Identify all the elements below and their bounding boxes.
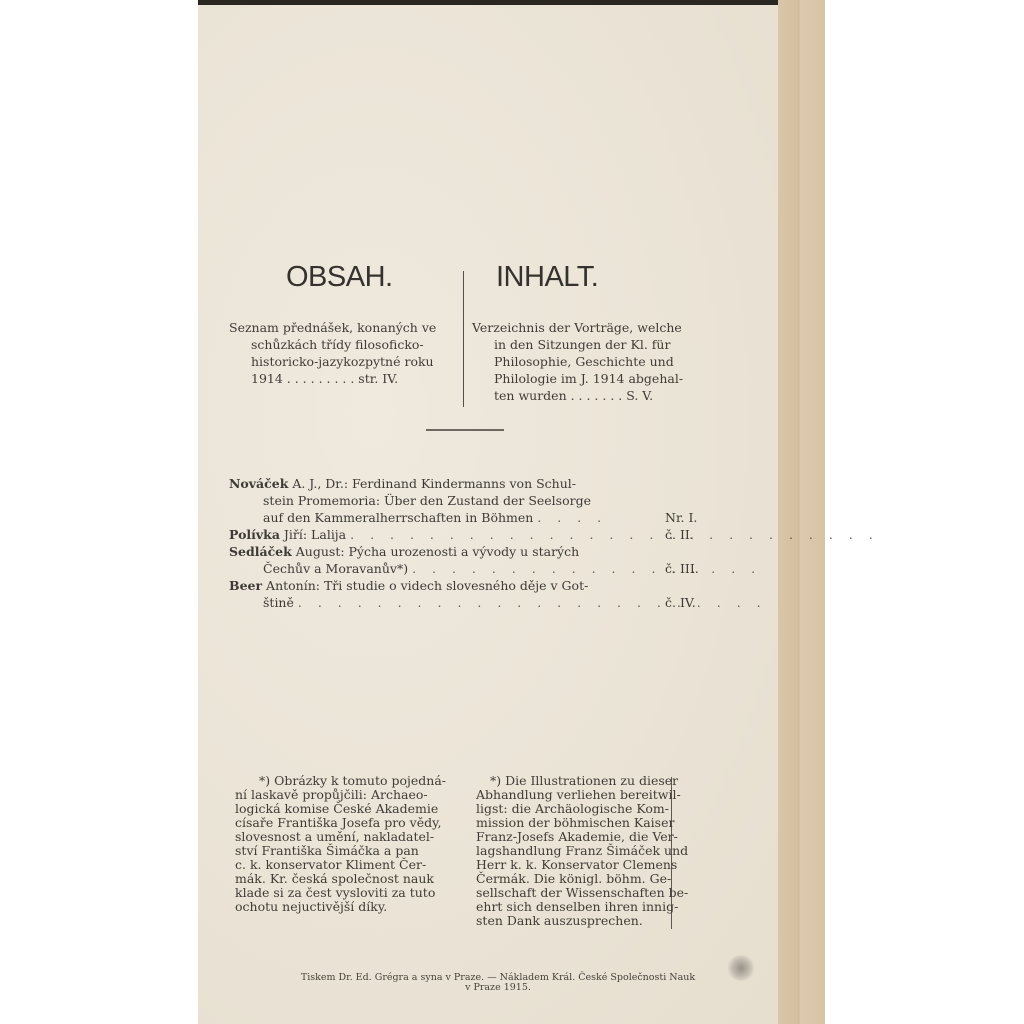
toc-entry-continuation: auf den Kammeralherrschaften in Böhmen .…: [229, 509, 709, 526]
footnote-line: Herr k. k. Konservator Clemens: [476, 858, 716, 872]
footnote-line: ligst: die Archäologische Kom-: [476, 802, 716, 816]
footnote-line: ní laskavě propůjčili: Archaeo-: [235, 788, 467, 802]
toc-title: stein Promemoria: Über den Zustand der S…: [263, 493, 591, 508]
contents-title-german: INHALT.: [496, 261, 598, 294]
contents-intro-czech: Seznam přednášek, konaných ve schůzkách …: [229, 319, 457, 387]
toc-author: Sedláček: [229, 544, 292, 559]
column-divider: [463, 271, 464, 407]
toc-leader-dots: . . . . . . . . . . . . . . . . . . . . …: [350, 527, 879, 542]
footnote-line: Franz-Josefs Akademie, die Ver-: [476, 830, 716, 844]
intro-line: Verzeichnis der Vorträge, welche: [472, 319, 702, 336]
footnote-line: klade si za čest vysloviti za tuto: [235, 886, 467, 900]
intro-line: schůzkách třídy filosoficko-: [229, 336, 457, 353]
intro-line: 1914 . . . . . . . . . str. IV.: [229, 370, 457, 387]
footnote-line: císaře Františka Josefa pro vědy,: [235, 816, 467, 830]
paper-crease-mark: [726, 955, 756, 981]
toc-author: Beer: [229, 578, 262, 593]
footnote-line: c. k. konservator Kliment Čer-: [235, 858, 467, 872]
toc-entry: Beer Antonín: Tři studie o videch sloves…: [229, 577, 709, 594]
toc-entry-continuation: Čechův a Moravanův*) . . . . . . . . . .…: [229, 560, 709, 577]
footnote-line: *) Obrázky k tomuto pojedná-: [235, 774, 467, 788]
footnote-line: Abhandlung verliehen bereitwil-: [476, 788, 716, 802]
footnote-czech: *) Obrázky k tomuto pojedná- ní laskavě …: [235, 774, 467, 914]
toc-entry: Nováček A. J., Dr.: Ferdinand Kindermann…: [229, 475, 709, 492]
contents-title-czech: OBSAH.: [286, 261, 393, 294]
intro-line: Philologie im J. 1914 abgehal-: [472, 370, 702, 387]
toc-title: A. J., Dr.: Ferdinand Kindermanns von Sc…: [288, 476, 576, 491]
footnote-line: slovesnost a umění, nakladatel-: [235, 830, 467, 844]
contents-intro-german: Verzeichnis der Vorträge, welche in den …: [472, 319, 702, 404]
toc-number: č. III.: [665, 560, 699, 577]
imprint-line: v Praze 1915.: [228, 983, 768, 993]
footnote-german: *) Die Illustrationen zu dieser Abhandlu…: [476, 774, 716, 928]
book-cover-edge: [778, 0, 825, 1024]
intro-line: in den Sitzungen der Kl. für: [472, 336, 702, 353]
section-divider: [426, 429, 504, 431]
toc-title: Čechův a Moravanův*): [263, 561, 408, 576]
intro-line: Philosophie, Geschichte und: [472, 353, 702, 370]
document-page: OBSAH. INHALT. Seznam přednášek, konanýc…: [198, 5, 778, 1024]
footnote-line: lagshandlung Franz Šimáček und: [476, 844, 716, 858]
toc-number: č. IV.: [665, 594, 696, 611]
intro-line: ten wurden . . . . . . . S. V.: [472, 387, 702, 404]
toc-leader-dots: . . . . . . . . . . . . . . . . . .: [412, 561, 761, 576]
footnote-line: Čermák. Die königl. böhm. Ge-: [476, 872, 716, 886]
toc-number: Nr. I.: [665, 509, 697, 526]
footnote-line: *) Die Illustrationen zu dieser: [476, 774, 716, 788]
table-of-contents: Nováček A. J., Dr.: Ferdinand Kindermann…: [229, 475, 709, 611]
toc-entry-continuation: stein Promemoria: Über den Zustand der S…: [229, 492, 709, 509]
toc-title: August: Pýcha urozenosti a vývody u star…: [292, 544, 579, 559]
toc-author: Polívka: [229, 527, 280, 542]
printer-imprint: Tiskem Dr. Ed. Grégra a syna v Praze. — …: [228, 973, 768, 993]
toc-author: Nováček: [229, 476, 288, 491]
footnote-line: ochotu nejuctivější díky.: [235, 900, 467, 914]
toc-leader-dots: . . . . . . . . . . . . . . . . . . . . …: [298, 595, 767, 610]
toc-number: č. II.: [665, 526, 694, 543]
footnote-line: mák. Kr. česká společnost nauk: [235, 872, 467, 886]
toc-title: auf den Kammeralherrschaften in Böhmen: [263, 510, 533, 525]
toc-leader-dots: . . . .: [537, 510, 607, 525]
toc-title: Jiří: Lalija: [280, 527, 346, 542]
toc-title: Antonín: Tři studie o videch slovesného …: [262, 578, 588, 593]
intro-line: historicko-jazykozpytné roku: [229, 353, 457, 370]
toc-title: štině: [263, 595, 294, 610]
toc-entry: Sedláček August: Pýcha urozenosti a vývo…: [229, 543, 709, 560]
footnote-line: sellschaft der Wissenschaften be-: [476, 886, 716, 900]
footnote-line: logická komise České Akademie: [235, 802, 467, 816]
footnote-line: ehrt sich denselben ihren innig-: [476, 900, 716, 914]
intro-line: Seznam přednášek, konaných ve: [229, 319, 457, 336]
footnote-line: ství Františka Šimáčka a pan: [235, 844, 467, 858]
footnote-line: mission der böhmischen Kaiser: [476, 816, 716, 830]
toc-entry: Polívka Jiří: Lalija . . . . . . . . . .…: [229, 526, 709, 543]
footnote-line: sten Dank auszusprechen.: [476, 914, 716, 928]
toc-entry-continuation: štině . . . . . . . . . . . . . . . . . …: [229, 594, 709, 611]
